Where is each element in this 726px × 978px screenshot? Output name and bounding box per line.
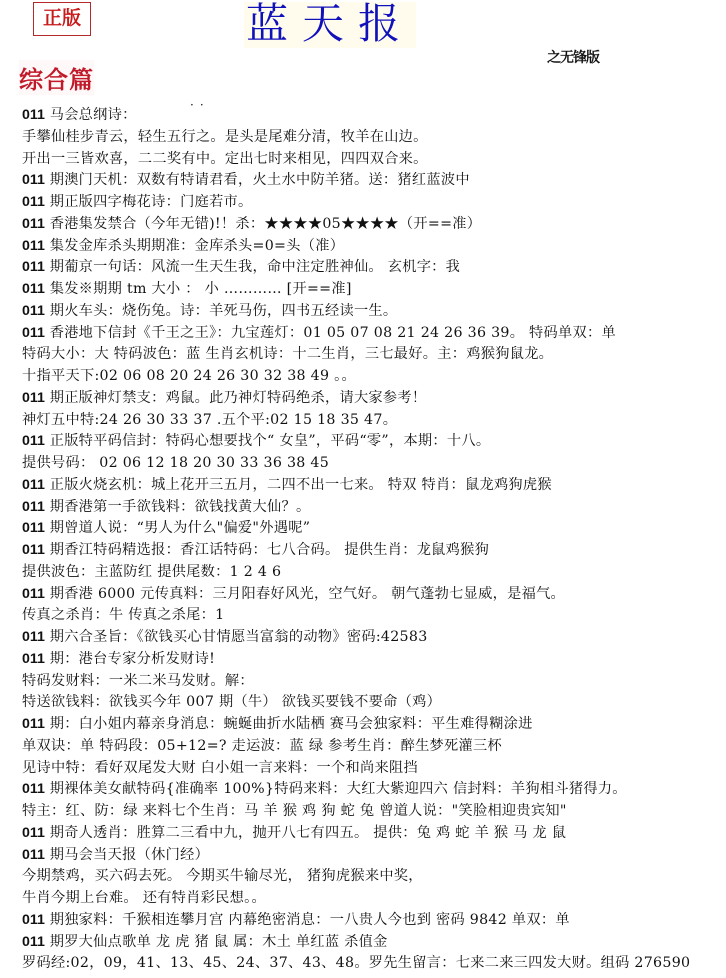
issue-number: 011 — [22, 934, 45, 950]
issue-number: 011 — [22, 194, 45, 210]
line-text: 期澳门天机：双数有特请君看，火土水中防羊猪。送：猪红蓝波中 — [45, 172, 470, 188]
text-line: 011 期六合圣旨：《欲钱买心甘情愿当富翁的动物》密码:42583 — [22, 627, 726, 649]
text-line: 011 香港地下信封《千王之王》：九宝莲灯：01 05 07 08 21 24 … — [22, 323, 726, 345]
line-text: 期香江特码精选报：香江话特码：七八合码。 提供生肖：龙鼠鸡猴狗 — [45, 542, 489, 558]
line-text: 单双诀：单 特码段：05+12=? 走运波：蓝 绿 参考生肖：醉生梦死灌三杯 — [22, 738, 502, 754]
line-text: 传真之杀肖：牛 传真之杀尾：1 — [22, 607, 224, 623]
issue-number: 011 — [22, 586, 45, 602]
text-line: 011 期香江特码精选报：香江话特码：七八合码。 提供生肖：龙鼠鸡猴狗 — [22, 540, 726, 562]
issue-number: 011 — [22, 847, 45, 863]
line-text: 期马会当天报（休门经） — [45, 847, 209, 863]
line-text: 期：港台专家分析发财诗! — [45, 651, 215, 667]
issue-number: 011 — [22, 651, 45, 667]
text-line: 011 期曾道人说：“男人为什么"偏爱"外遇呢” — [22, 518, 726, 540]
text-line: 011 期：港台专家分析发财诗! — [22, 649, 726, 671]
issue-number: 011 — [22, 281, 45, 297]
text-line: 特主：红、防：绿 来料七个生肖：马 羊 猴 鸡 狗 蛇 兔 曾道人说："笑脸相迎… — [22, 801, 726, 823]
line-text: 期葡京一句话：风流一生天生我，命中注定胜神仙。 玄机字：我 — [45, 259, 460, 275]
text-line: 011 正版火烧玄机：城上花开三五月，二四不出一七来。 特双 特肖：鼠龙鸡狗虎猴 — [22, 475, 726, 497]
text-line: 特送欲钱料：欲钱买今年 007 期（牛） 欲钱买要钱不要命（鸡） — [22, 692, 726, 714]
issue-number: 011 — [22, 629, 45, 645]
text-line: 011 期独家料：千猴相连攀月宫 内幕绝密消息：一八贵人今也到 密码 9842 … — [22, 910, 726, 932]
text-line: 011 正版特平码信封：特码心想要找个“ 女皇”，平码“零”，本期：十八。 — [22, 431, 726, 453]
line-text: 期六合圣旨：《欲钱买心甘情愿当富翁的动物》密码:42583 — [45, 629, 428, 645]
edition-label: 之无锋版 — [547, 47, 599, 67]
line-text: 见诗中特：看好双尾发大财 白小姐一言来料：一个和尚来阻挡 — [22, 760, 418, 776]
line-text: 集发金库杀头期期准：金库杀头=0=头（准） — [45, 238, 344, 254]
article-body: 011 马会总纲诗：手攀仙桂步青云，轻生五行之。是头是尾难分清，牧羊在山边。开出… — [22, 105, 726, 975]
line-text: 期：白小姐内幕亲身消息：蜿蜒曲折水陆栖 赛马会独家料：平生难得糊涂进 — [45, 716, 533, 732]
issue-number: 011 — [22, 433, 45, 449]
text-line: 011 香港集发禁合（今年无错)!！杀：★★★★05★★★★（开==准） — [22, 214, 726, 236]
line-text: 十指平天下:02 06 08 20 24 26 30 32 38 49 。。 — [22, 368, 356, 384]
text-line: 011 期正版神灯禁支：鸡鼠。此乃神灯特码绝杀，请大家参考！ — [22, 388, 726, 410]
text-line: 提供号码： 02 06 12 18 20 30 33 36 38 45 — [22, 453, 726, 475]
line-text: 开出一三皆欢喜，二二奖有中。定出七时来相见，四四双合来。 — [22, 151, 428, 167]
issue-number: 011 — [22, 172, 45, 188]
text-line: 神灯五中特:24 26 30 33 37 .五个平:02 15 18 35 47… — [22, 410, 726, 432]
text-line: 011 期葡京一句话：风流一生天生我，命中注定胜神仙。 玄机字：我 — [22, 257, 726, 279]
text-line: 特码发财料：一米二米马发财。解： — [22, 671, 726, 693]
line-text: 期火车头：烧伤兔。诗：羊死马伤，四书五经读一生。 — [45, 303, 398, 319]
line-text: 期香港 6000 元传真料：三月阳春好风光，空气好。 朝气蓬勃七显威，是福气。 — [45, 586, 565, 602]
text-line: 开出一三皆欢喜，二二奖有中。定出七时来相见，四四双合来。 — [22, 149, 726, 171]
line-text: 特码发财料：一米二米马发财。解： — [22, 673, 254, 689]
line-text: 期正版四字梅花诗：门庭若市。 — [45, 194, 253, 210]
line-text: 期独家料：千猴相连攀月宫 内幕绝密消息：一八贵人今也到 密码 9842 单双：单 — [45, 912, 570, 928]
masthead-title: 蓝天报 — [244, 2, 416, 48]
line-text: 今期禁鸡，买六码去死。 今期买牛输尽光， 猪狗虎猴来中奖， — [22, 868, 423, 884]
line-text: 香港集发禁合（今年无错)!！杀：★★★★05★★★★（开==准） — [45, 216, 481, 232]
line-text: 罗码经:02，09，41、13、45、24、37、43、48。罗先生留言：七来二… — [22, 955, 690, 971]
text-line: 见诗中特：看好双尾发大财 白小姐一言来料：一个和尚来阻挡 — [22, 758, 726, 780]
line-text: 特码大小：大 特码波色：蓝 生肖玄机诗：十二生肖，三七最好。主：鸡猴狗鼠龙。 — [22, 346, 553, 362]
line-text: 手攀仙桂步青云，轻生五行之。是头是尾难分清，牧羊在山边。 — [22, 129, 428, 145]
text-line: 011 期马会当天报（休门经） — [22, 845, 726, 867]
text-line: 牛肖今期上台难。 还有特肖彩民想。。 — [22, 888, 726, 910]
text-line: 今期禁鸡，买六码去死。 今期买牛输尽光， 猪狗虎猴来中奖， — [22, 866, 726, 888]
issue-number: 011 — [22, 325, 45, 341]
text-line: 011 期火车头：烧伤兔。诗：羊死马伤，四书五经读一生。 — [22, 301, 726, 323]
line-text: 特送欲钱料：欲钱买今年 007 期（牛） 欲钱买要钱不要命（鸡） — [22, 694, 441, 710]
line-text: 正版特平码信封：特码心想要找个“ 女皇”，平码“零”，本期：十八。 — [45, 433, 490, 449]
issue-number: 011 — [22, 520, 45, 536]
section-title: 综合篇 — [19, 60, 94, 95]
issue-number: 011 — [22, 499, 45, 515]
text-line: 单双诀：单 特码段：05+12=? 走运波：蓝 绿 参考生肖：醉生梦死灌三杯 — [22, 736, 726, 758]
issue-number: 011 — [22, 216, 45, 232]
authentic-stamp: 正版 — [33, 2, 91, 36]
issue-number: 011 — [22, 107, 45, 123]
text-line: 011 期正版四字梅花诗：门庭若市。 — [22, 192, 726, 214]
line-text: 香港地下信封《千王之王》：九宝莲灯：01 05 07 08 21 24 26 3… — [45, 325, 616, 341]
issue-number: 011 — [22, 238, 45, 254]
text-line: 传真之杀肖：牛 传真之杀尾：1 — [22, 605, 726, 627]
line-text: 提供波色：主蓝防红 提供尾数：1 2 4 6 — [22, 564, 281, 580]
line-text: 特主：红、防：绿 来料七个生肖：马 羊 猴 鸡 狗 蛇 兔 曾道人说："笑脸相迎… — [22, 803, 567, 819]
line-text: 牛肖今期上台难。 还有特肖彩民想。。 — [22, 890, 266, 906]
text-line: 011 期奇人透肖：胜算二三看中九，抛开八七有四五。 提供：兔 鸡 蛇 羊 猴 … — [22, 823, 726, 845]
text-line: 十指平天下:02 06 08 20 24 26 30 32 38 49 。。 — [22, 366, 726, 388]
issue-number: 011 — [22, 542, 45, 558]
text-line: 特码大小：大 特码波色：蓝 生肖玄机诗：十二生肖，三七最好。主：鸡猴狗鼠龙。 — [22, 344, 726, 366]
issue-number: 011 — [22, 781, 45, 797]
text-line: 011 集发金库杀头期期准：金库杀头=0=头（准） — [22, 236, 726, 258]
issue-number: 011 — [22, 259, 45, 275]
line-text: 提供号码： 02 06 12 18 20 30 33 36 38 45 — [22, 455, 329, 471]
text-line: 011 期香港 6000 元传真料：三月阳春好风光，空气好。 朝气蓬勃七显威，是… — [22, 584, 726, 606]
issue-number: 011 — [22, 825, 45, 841]
text-line: 011 期：白小姐内幕亲身消息：蜿蜒曲折水陆栖 赛马会独家料：平生难得糊涂进 — [22, 714, 726, 736]
text-line: 手攀仙桂步青云，轻生五行之。是头是尾难分清，牧羊在山边。 — [22, 127, 726, 149]
issue-number: 011 — [22, 390, 45, 406]
line-text: 期正版神灯禁支：鸡鼠。此乃神灯特码绝杀，请大家参考！ — [45, 390, 427, 406]
line-text: 神灯五中特:24 26 30 33 37 .五个平:02 15 18 35 47… — [22, 412, 397, 428]
line-text: 期罗大仙点歌单 龙 虎 猪 鼠 属：木土 单红蓝 杀值金 — [45, 934, 388, 950]
line-text: 集发※期期 tm 大小 ： 小 ………… [开==准] — [45, 281, 352, 297]
text-line: 提供波色：主蓝防红 提供尾数：1 2 4 6 — [22, 562, 726, 584]
line-text: 马会总纲诗： — [45, 107, 137, 123]
text-line: 011 期裸体美女献特码{准确率 100%}特码来料：大红大紫迎四六 信封料：羊… — [22, 779, 726, 801]
issue-number: 011 — [22, 477, 45, 493]
line-text: 期香港第一手欲钱料：欲钱找黄大仙？。 — [45, 499, 311, 515]
issue-number: 011 — [22, 303, 45, 319]
text-line: 罗码经:02，09，41、13、45、24、37、43、48。罗先生留言：七来二… — [22, 953, 726, 975]
text-line: 011 期香港第一手欲钱料：欲钱找黄大仙？。 — [22, 497, 726, 519]
issue-number: 011 — [22, 912, 45, 928]
line-text: 期奇人透肖：胜算二三看中九，抛开八七有四五。 提供：兔 鸡 蛇 羊 猴 马 龙 … — [45, 825, 566, 841]
issue-number: 011 — [22, 716, 45, 732]
text-line: 011 期罗大仙点歌单 龙 虎 猪 鼠 属：木土 单红蓝 杀值金 — [22, 932, 726, 954]
line-text: 正版火烧玄机：城上花开三五月，二四不出一七来。 特双 特肖：鼠龙鸡狗虎猴 — [45, 477, 552, 493]
text-line: 011 马会总纲诗： — [22, 105, 726, 127]
line-text: 期裸体美女献特码{准确率 100%}特码来料：大红大紫迎四六 信封料：羊狗相斗猪… — [45, 781, 627, 797]
text-line: 011 集发※期期 tm 大小 ： 小 ………… [开==准] — [22, 279, 726, 301]
text-line: 011 期澳门天机：双数有特请君看，火土水中防羊猪。送：猪红蓝波中 — [22, 170, 726, 192]
line-text: 期曾道人说：“男人为什么"偏爱"外遇呢” — [45, 520, 310, 536]
